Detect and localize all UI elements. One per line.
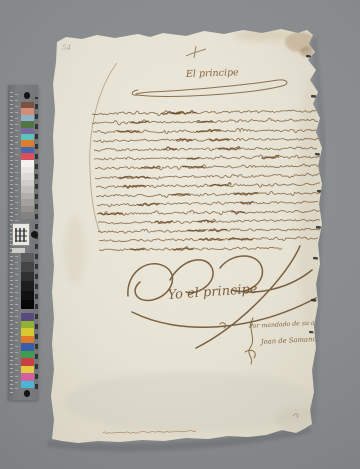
color-patch bbox=[21, 153, 34, 159]
color-patch bbox=[21, 291, 34, 300]
colorbar-color-patches-bottom bbox=[21, 313, 34, 388]
color-patch bbox=[21, 351, 34, 359]
color-patch bbox=[21, 281, 34, 290]
color-patch bbox=[21, 300, 34, 309]
colorbar-mini-target bbox=[12, 223, 30, 246]
registration-dot-top bbox=[24, 92, 31, 99]
heading-text: El principe bbox=[185, 67, 240, 80]
photo-stage: 54 El principe bbox=[0, 0, 360, 469]
color-patch bbox=[21, 321, 34, 329]
color-calibration-strip bbox=[8, 85, 38, 400]
folio-number: 54 bbox=[62, 44, 71, 52]
colorbar-dark-ramp bbox=[21, 253, 34, 309]
color-patch bbox=[21, 343, 34, 351]
registration-dot-bottom bbox=[24, 390, 31, 397]
color-patch bbox=[21, 313, 34, 321]
manuscript-scene: 54 El principe bbox=[0, 0, 360, 469]
color-patch bbox=[21, 262, 34, 271]
color-patch bbox=[21, 272, 34, 281]
colorbar-color-patches-top bbox=[21, 102, 34, 160]
color-patch bbox=[21, 328, 34, 336]
color-patch bbox=[21, 381, 34, 389]
color-patch bbox=[21, 336, 34, 344]
color-patch bbox=[21, 212, 34, 219]
color-patch bbox=[21, 253, 34, 262]
colorbar-gray-ramp bbox=[21, 160, 34, 219]
color-patch bbox=[21, 358, 34, 366]
registration-dot-middle bbox=[31, 231, 38, 238]
color-patch bbox=[21, 373, 34, 381]
color-patch bbox=[21, 366, 34, 374]
colorbar-step-ticks bbox=[35, 97, 38, 389]
